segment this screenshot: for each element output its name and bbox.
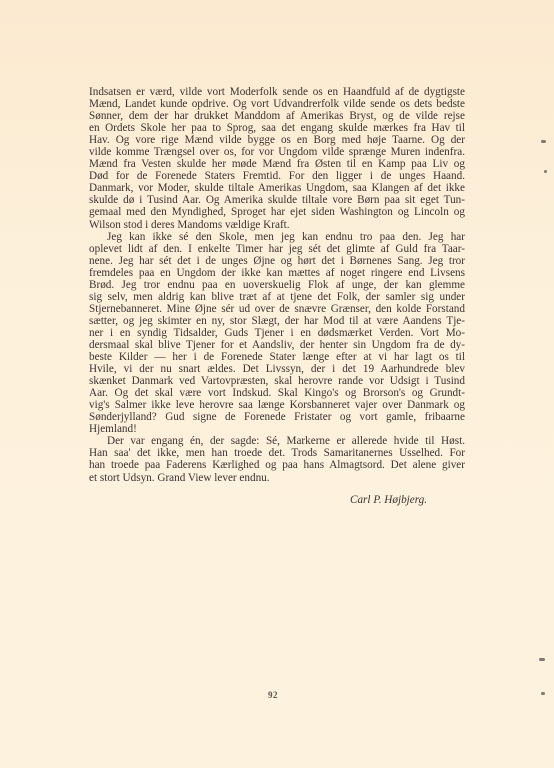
text-line: Mænd, Landet kunde opdrive. Og vort Udva… [89, 98, 465, 110]
text-line: nene. Jeg har sét det i de unges Øjne og… [89, 255, 465, 267]
text-line: Mænd fra Vesten skulde her møde Mænd fra… [89, 158, 465, 170]
scan-speck-mark [541, 692, 545, 695]
text-line: Hjemland! [89, 423, 465, 435]
text-line: Jeg kan ikke sé den Skole, men jeg kan e… [89, 231, 465, 243]
text-line: Hav. Og vore rige Mænd vilde bygge os en… [89, 134, 465, 146]
paragraph-2: Jeg kan ikke sé den Skole, men jeg kan e… [89, 231, 465, 436]
text-line: Wilson stod i deres Mandoms vældige Kraf… [89, 219, 465, 231]
text-line: Der var engang én, der sagde: Sé, Marker… [89, 435, 465, 447]
text-line: oplevet lidt af den. I enkelte Timer har… [89, 243, 465, 255]
text-line: sig selv, men aldrig kan blive træt af a… [89, 291, 465, 303]
text-line: skænket Danmark ved Vartovpræsten, skal … [89, 375, 465, 387]
text-line: vilde komme Trængsel over os, for vor Un… [89, 146, 465, 158]
text-line: Sønderjylland? Gud signe de Forenede Fri… [89, 411, 465, 423]
text-line: Hvile, vi der nu snart ældes. Det Livssy… [89, 363, 465, 375]
text-line: Aar. Og det skal være vort Indskud. Skal… [89, 387, 465, 399]
text-line: Sønner, dem der har drukket Manddom af A… [89, 110, 465, 122]
text-line: vig's Salmer ikke leve herovre saa længe… [89, 399, 465, 411]
text-line: dersmaal skal blive Tjener for et Aandsl… [89, 339, 465, 351]
text-line: en Ordets Skole her paa to Sprog, saa de… [89, 122, 465, 134]
text-line: Død for de Forenede Staters Fremtid. For… [89, 170, 465, 182]
text-line: ner i en syndig Tidsalder, Guds Tjener i… [89, 327, 465, 339]
text-line: et stort Udsyn. Grand View lever endnu. [89, 472, 465, 484]
page-number: 92 [268, 690, 278, 700]
text-line: han troede paa Faderens Kærlighed og paa… [89, 459, 465, 471]
text-line: Danmark, vor Moder, skulde tiltale Ameri… [89, 182, 465, 194]
author-signature: Carl P. Højbjerg. [350, 494, 427, 506]
text-line: beste Kilder — her i de Forenede Stater … [89, 351, 465, 363]
text-line: Han saa' det ikke, men han troede det. T… [89, 447, 465, 459]
text-line: sætter, og jeg skimter en ny, stor Slægt… [89, 315, 465, 327]
scan-speck-mark [544, 170, 547, 173]
body-text: Indsatsen er værd, vilde vort Moderfolk … [89, 86, 465, 484]
scanned-page: Indsatsen er værd, vilde vort Moderfolk … [0, 0, 554, 768]
text-line: Indsatsen er værd, vilde vort Moderfolk … [89, 86, 465, 98]
text-line: fremdeles paa en Ungdom der ikke kan mæt… [89, 267, 465, 279]
paragraph-1: Indsatsen er værd, vilde vort Moderfolk … [89, 86, 465, 231]
scan-speck-mark [539, 658, 545, 661]
text-line: Brød. Jeg tror endnu paa en uoverskuelig… [89, 279, 465, 291]
paragraph-3: Der var engang én, der sagde: Sé, Marker… [89, 435, 465, 483]
scan-speck-mark [541, 140, 546, 143]
text-line: Stjernebanneret. Mine Øjne sér ud over d… [89, 303, 465, 315]
text-line: skulde dø i Tusind Aar. Og Amerika skuld… [89, 194, 465, 206]
text-line: gemaal med den Myndighed, Sproget har ej… [89, 206, 465, 218]
